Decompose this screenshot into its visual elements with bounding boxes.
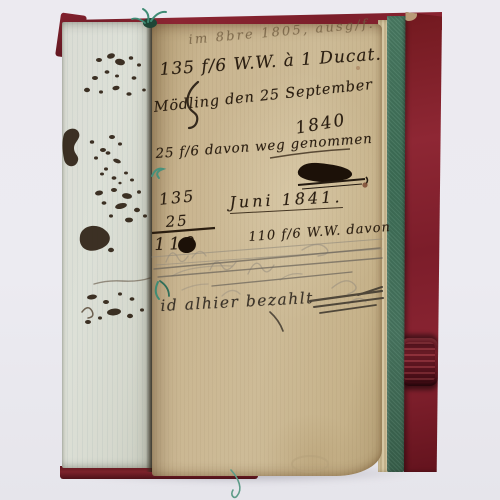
pencil-marks-overlay [152, 24, 382, 476]
photo: im 8bre 1805, ausg/f. 135 f/6 W.W. à 1 D… [0, 0, 500, 500]
green-cloth-board-edge [387, 16, 406, 472]
left-page [62, 22, 152, 468]
ink-blots-overlay [62, 22, 152, 468]
leather-pen-loop [401, 338, 438, 386]
right-page: im 8bre 1805, ausg/f. 135 f/6 W.W. à 1 D… [152, 24, 382, 476]
red-leather-cover [404, 12, 442, 472]
worn-corner [405, 12, 417, 21]
